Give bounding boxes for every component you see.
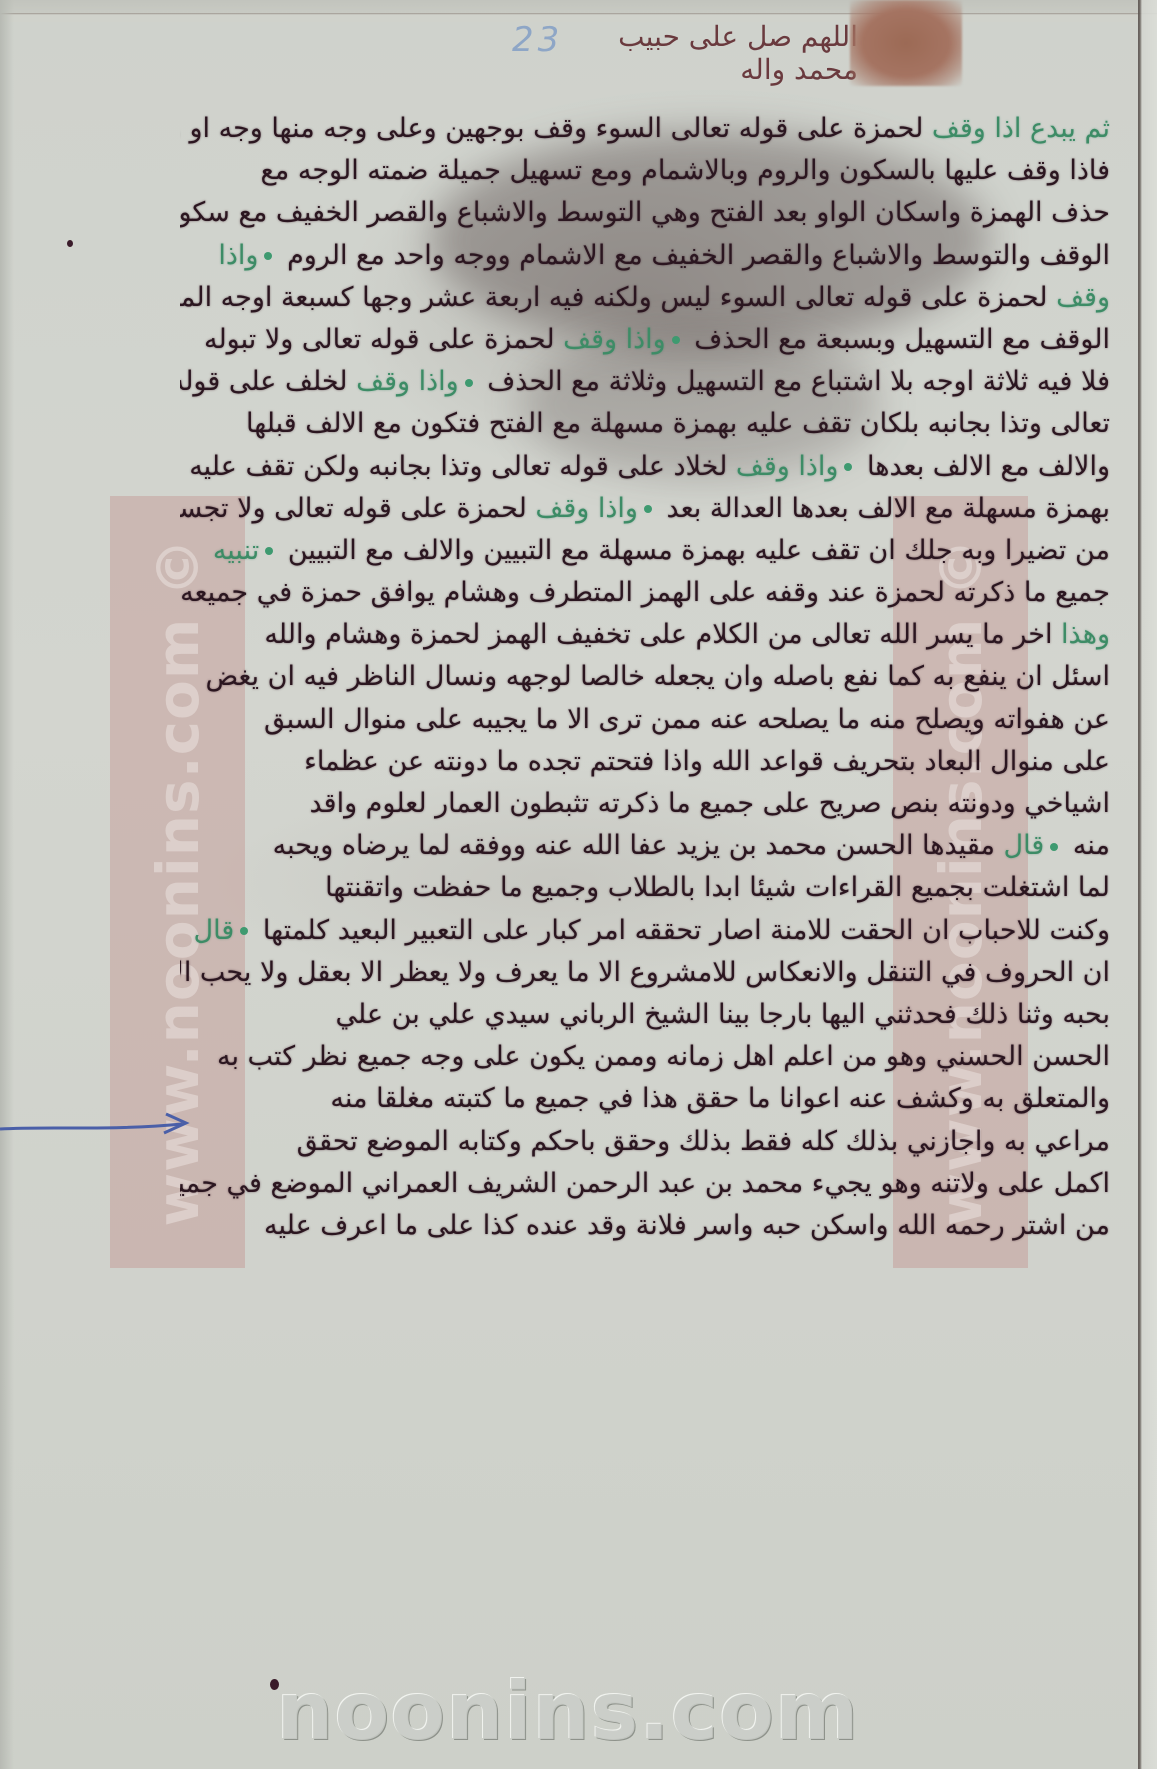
ink-dot <box>67 240 73 247</box>
line-text: وكنت للاحباب ان الحقت للامنة اصار تحققه … <box>263 915 1110 946</box>
line-text: لخلاد على قوله تعالى وتذا بجانبه ولكن تق… <box>189 451 727 482</box>
manuscript-line: فلا فيه ثلاثة اوجه بلا اشتباع مع التسهيل… <box>180 361 1110 403</box>
manuscript-line: الوقف والتوسط والاشباع والقصر الخفيف مع … <box>180 235 1110 277</box>
manuscript-line: على منوال البعاد بتحريف قواعد الله واذا … <box>180 741 1110 783</box>
page-left-shadow <box>0 0 14 1769</box>
line-text: مقيدها الحسن محمد بن يزيد عفا الله عنه و… <box>273 830 995 861</box>
line-text: اشياخي ودونته بنص صريح على جميع ما ذكرته… <box>309 788 1110 819</box>
rubric-text: واذا وقف <box>356 366 459 397</box>
line-text: لما اشتغلت بجميع القراءات شيئا ابدا بالط… <box>325 872 1110 903</box>
line-text: حذف الهمزة واسكان الواو بعد الفتح وهي ال… <box>180 197 1110 228</box>
line-text: من تضيرا وبه جلك ان تقف عليه بهمزة مسهلة… <box>288 535 1110 566</box>
page-right-edge <box>1138 0 1157 1769</box>
verse-stop-dot <box>844 463 852 471</box>
manuscript-line: والالف مع الالف بعدها واذا وقف لخلاد على… <box>180 446 1110 488</box>
manuscript-line: مراعي به واجازني بذلك كله فقط بذلك وحقق … <box>180 1121 1110 1163</box>
folio-header: 23 اللهم صل على حبيب محمد واله <box>500 8 970 88</box>
line-text: لحمزة على قوله تعالى السوء وقف بوجهين وع… <box>180 113 923 144</box>
line-text: لحمزة على قوله تعالى ولا تبوله <box>204 324 555 355</box>
line-text: مراعي به واجازني بذلك كله فقط بذلك وحقق … <box>297 1126 1110 1157</box>
verse-stop-dot <box>1050 843 1058 851</box>
manuscript-line: الحسن الحسني وهو من اعلم اهل زمانه وممن … <box>180 1036 1110 1078</box>
line-text: اخر ما يسر الله تعالى من الكلام على تخفي… <box>264 619 1052 650</box>
rubric-text: قال <box>194 915 235 946</box>
line-text: ان الحروف في التنقل والانعكاس للامشروع ا… <box>180 957 1110 988</box>
rubric-text: تنبيه <box>213 535 259 566</box>
rubric-text: وهذا <box>1061 619 1110 650</box>
line-text: عن هفواته ويصلح منه ما يصلحه عنه ممن ترى… <box>264 704 1110 735</box>
watermark-bottom: noonins.com <box>248 1665 888 1758</box>
manuscript-line: والمتعلق به وكشف عنه اعوانا ما حقق هذا ف… <box>180 1078 1110 1120</box>
rubric-text: واذا وقف <box>535 493 638 524</box>
manuscript-line: اسئل ان ينفع به كما نفع باصله وان يجعله … <box>180 656 1110 698</box>
line-text: والمتعلق به وكشف عنه اعوانا ما حقق هذا ف… <box>330 1083 1110 1114</box>
manuscript-line: منه قال مقيدها الحسن محمد بن يزيد عفا ال… <box>180 825 1110 867</box>
line-text: فاذا وقف عليها بالسكون والروم وبالاشمام … <box>260 155 1110 186</box>
margin-arrow-icon <box>0 1112 195 1142</box>
manuscript-line: وقف لحمزة على قوله تعالى السوء ليس ولكنه… <box>180 277 1110 319</box>
verse-stop-dot <box>672 336 680 344</box>
folio-number: 23 <box>512 20 563 60</box>
verse-stop-dot <box>644 505 652 513</box>
line-text: اكمل على ولاتنه وهو يجيء محمد بن عبد الر… <box>180 1168 1110 1199</box>
line-text: بحبه وثنا ذلك فحدثني اليها بارجا بينا ال… <box>336 999 1110 1030</box>
manuscript-text-block: ثم يبدع اذا وقف لحمزة على قوله تعالى الس… <box>180 108 1110 1247</box>
manuscript-line: من اشتر رحمه الله واسكن حبه واسر فلانة و… <box>180 1205 1110 1247</box>
manuscript-line: تعالى وتذا بجانبه بلكان تقف عليه بهمزة م… <box>180 403 1110 445</box>
manuscript-line: حذف الهمزة واسكان الواو بعد الفتح وهي ال… <box>180 192 1110 234</box>
verse-stop-dot <box>264 252 272 260</box>
line-text: الوقف والتوسط والاشباع والقصر الخفيف مع … <box>287 240 1110 271</box>
rubric-text: قال <box>1004 830 1045 861</box>
verse-stop-dot <box>265 547 273 555</box>
line-text: والالف مع الالف بعدها <box>867 451 1110 482</box>
manuscript-line: عن هفواته ويصلح منه ما يصلحه عنه ممن ترى… <box>180 699 1110 741</box>
manuscript-line: ان الحروف في التنقل والانعكاس للامشروع ا… <box>180 952 1110 994</box>
line-text: لخلف على قوله <box>180 366 348 397</box>
manuscript-line: اشياخي ودونته بنص صريح على جميع ما ذكرته… <box>180 783 1110 825</box>
manuscript-page: 23 اللهم صل على حبيب محمد واله www.nooni… <box>0 0 1157 1769</box>
ownership-stamp <box>850 0 962 86</box>
manuscript-line: وهذا اخر ما يسر الله تعالى من الكلام على… <box>180 614 1110 656</box>
manuscript-line: من تضيرا وبه جلك ان تقف عليه بهمزة مسهلة… <box>180 530 1110 572</box>
rubric-text: ثم يبدع اذا وقف <box>932 113 1110 144</box>
rubric-text: وقف <box>1056 282 1110 313</box>
line-text: لحمزة على قوله تعالى ولا تجسروا <box>180 493 527 524</box>
line-text: منه <box>1073 830 1110 861</box>
line-text: الحسن الحسني وهو من اعلم اهل زمانه وممن … <box>217 1041 1110 1072</box>
verse-stop-dot <box>465 379 473 387</box>
rubric-text: واذا وقف <box>736 451 839 482</box>
manuscript-line: بهمزة مسهلة مع الالف بعدها العدالة بعد و… <box>180 488 1110 530</box>
manuscript-line: اكمل على ولاتنه وهو يجيء محمد بن عبد الر… <box>180 1163 1110 1205</box>
rubric-text: واذا <box>218 240 258 271</box>
line-text: بهمزة مسهلة مع الالف بعدها العدالة بعد <box>667 493 1110 524</box>
manuscript-line: جميع ما ذكرته لحمزة عند وقفه على الهمز ا… <box>180 572 1110 614</box>
line-text: جميع ما ذكرته لحمزة عند وقفه على الهمز ا… <box>180 577 1110 608</box>
manuscript-line: بحبه وثنا ذلك فحدثني اليها بارجا بينا ال… <box>180 994 1110 1036</box>
line-text: على منوال البعاد بتحريف قواعد الله واذا … <box>304 746 1110 777</box>
rubric-text: واذا وقف <box>563 324 666 355</box>
line-text: من اشتر رحمه الله واسكن حبه واسر فلانة و… <box>264 1210 1110 1241</box>
line-text: لحمزة على قوله تعالى السوء ليس ولكنه فيه… <box>180 282 1048 313</box>
manuscript-line: لما اشتغلت بجميع القراءات شيئا ابدا بالط… <box>180 867 1110 909</box>
manuscript-line: الوقف مع التسهيل وبسبعة مع الحذف واذا وق… <box>180 319 1110 361</box>
line-text: الوقف مع التسهيل وبسبعة مع الحذف <box>694 324 1110 355</box>
line-text: اسئل ان ينفع به كما نفع باصله وان يجعله … <box>205 661 1110 692</box>
verse-stop-dot <box>240 927 248 935</box>
manuscript-line: وكنت للاحباب ان الحقت للامنة اصار تحققه … <box>180 910 1110 952</box>
manuscript-line: فاذا وقف عليها بالسكون والروم وبالاشمام … <box>180 150 1110 192</box>
line-text: فلا فيه ثلاثة اوجه بلا اشتباع مع التسهيل… <box>487 366 1110 397</box>
manuscript-line: ثم يبدع اذا وقف لحمزة على قوله تعالى الس… <box>180 108 1110 150</box>
line-text: تعالى وتذا بجانبه بلكان تقف عليه بهمزة م… <box>246 408 1110 439</box>
header-invocation: اللهم صل على حبيب محمد واله <box>618 20 858 86</box>
